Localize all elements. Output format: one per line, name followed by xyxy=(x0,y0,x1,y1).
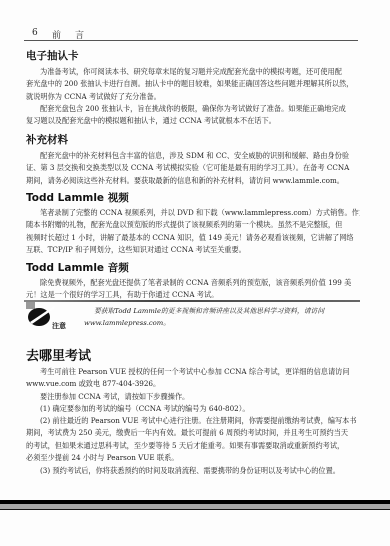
paragraph-flashcards-1: 为准备考试，你可阅读本书、研究每章末尾的复习题并完成配套光盘中的模拟考题，还可使… xyxy=(26,66,360,103)
heading-supplementary: 补充材料 xyxy=(26,132,68,147)
note-box: 注意 要获取Todd Lammle的更多视频和音频讲座以及其他思科学习资料，请访… xyxy=(24,299,360,333)
text-line: 要注册参加 CCNA 考试，请按如下步骤操作。 xyxy=(26,391,360,403)
text-line: 复习题以及配套光盘中的模拟题和抽认卡，通过 CCNA 考试就根本不在话下。 xyxy=(26,115,360,127)
text-line: 除免费视频外，配套光盘还提供了笔者录制的 CCNA 音频系列的预览版，该音频系列… xyxy=(26,277,360,289)
heading-flashcards: 电子抽认卡 xyxy=(26,48,79,63)
note-rule xyxy=(24,300,360,302)
heading-where-to-test: 去哪里考试 xyxy=(26,345,91,364)
paragraph-flashcards-2: 配套光盘包含 200 张抽认卡，旨在挑战你的极限，确保你为考试做好了准备。如果能… xyxy=(26,103,360,128)
text-line: 互联、TCP/IP 和子网划分，这些知识对通过 CCNA 考试至关重要。 xyxy=(26,244,360,256)
heading-audio: Todd Lammle 音频 xyxy=(26,260,129,275)
heading-video: Todd Lammle 视频 xyxy=(26,190,129,205)
page-number: 6 xyxy=(32,28,38,38)
exam-step-1: (1) 确定要参加的考试的编号（CCNA 考试的编号为 640-802）。 xyxy=(26,403,360,415)
header-rule xyxy=(24,40,358,41)
paragraph-supplementary: 配套光盘中的补充材料包含丰富的信息，涉及 SDM 和 CC、安全威胁的识别和缓解… xyxy=(26,150,360,187)
text-line: 期间，考试费为 250 美元，缴费后一年内有效。最长可提前 6 周预约考试时间，… xyxy=(26,427,360,439)
note-link[interactable]: www.lammlepress.com。 xyxy=(84,317,360,329)
text-line: 期间，请务必阅读这些补充材料。要获取最新的信息和新的补充材料，请访问 www.l… xyxy=(26,175,360,187)
note-label: 注意 xyxy=(52,321,66,331)
exam-step-3: (3) 预约考试后，你将获悉预约的时间及取消流程、需要携带的身份证明以及考试中心… xyxy=(26,465,360,477)
text-line: 就说明你为 CCNA 考试做好了充分准备。 xyxy=(26,91,360,103)
bottom-bar-line xyxy=(0,509,390,510)
text-line: 套光盘中的 200 张抽认卡进行自测。抽认卡中的题目较难，如果能正确回答这些问题… xyxy=(26,78,360,90)
text-line: 必须至少提前 24 小时与 Pearson VUE 联系。 xyxy=(26,452,360,464)
exam-step-2: (2) 前往最近的 Pearson VUE 考试中心进行注册。在注册期间，你需要… xyxy=(26,415,360,465)
text-line: www.vue.com 或致电 877-404-3926。 xyxy=(26,378,360,390)
text-line: 配套光盘中的补充材料包含丰富的信息，涉及 SDM 和 CC、安全威胁的识别和缓解… xyxy=(26,150,360,162)
paragraph-video: 笔者录制了完整的 CCNA 视频系列，并以 DVD 和下载（www.lammle… xyxy=(26,207,360,257)
text-line: 的考试，但如果未通过思科考试，至少要等待 5 天后才能重考。如果有事需要取消或重… xyxy=(26,440,360,452)
book-page: 6 前言 电子抽认卡 为准备考试，你可阅读本书、研究每章末尾的复习题并完成配套光… xyxy=(0,0,390,546)
text-line: 笔者录制了完整的 CCNA 视频系列，并以 DVD 和下载（www.lammle… xyxy=(26,207,360,219)
text-line: 要获取Todd Lammle的更多视频和音频讲座以及其他思科学习资料，请访问 xyxy=(84,305,360,317)
paragraph-exam-intro: 考生可前往 Pearson VUE 授权的任何一个考试中心参加 CCNA 综合考… xyxy=(26,366,360,391)
text-line: (3) 预约考试后，你将获悉预约的时间及取消流程、需要携带的身份证明以及考试中心… xyxy=(26,465,360,477)
paragraph-exam-steps-intro: 要注册参加 CCNA 考试，请按如下步骤操作。 xyxy=(26,391,360,403)
text-line: 随本书附赠的礼物，配套光盘以预览版的形式提供了该视频系列的第一个模块。虽然不是完… xyxy=(26,219,360,231)
text-line: 为准备考试，你可阅读本书、研究每章末尾的复习题并完成配套光盘中的模拟考题，还可使… xyxy=(26,66,360,78)
text-line: (2) 前往最近的 Pearson VUE 考试中心进行注册。在注册期间，你需要… xyxy=(26,415,360,427)
note-text: 要获取Todd Lammle的更多视频和音频讲座以及其他思科学习资料，请访问 w… xyxy=(84,305,360,329)
text-line: 证、第 3 层交换和交换类型以及 CCNA 考试模拟实验（它可能是最有用的学习工… xyxy=(26,162,360,174)
text-line: 视频时长超过 1 小时，讲解了最基本的 CCNA 知识，值 149 美元！请务必… xyxy=(26,232,360,244)
text-line: (1) 确定要参加的考试的编号（CCNA 考试的编号为 640-802）。 xyxy=(26,403,360,415)
text-line: 考生可前往 Pearson VUE 授权的任何一个考试中心参加 CCNA 综合考… xyxy=(26,366,360,378)
text-line: 配套光盘包含 200 张抽认卡，旨在挑战你的极限，确保你为考试做好了准备。如果能… xyxy=(26,103,360,115)
